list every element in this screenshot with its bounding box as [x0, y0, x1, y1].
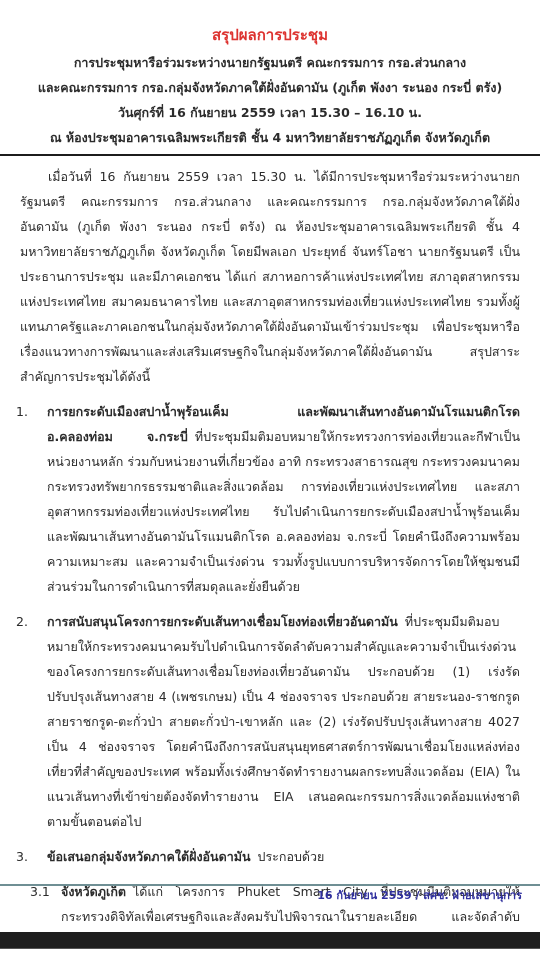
item-number: 1. [16, 399, 43, 424]
item-heading: ข้อเสนอกลุ่มจังหวัดภาคใต้ฝั่งอันดามัน [47, 849, 251, 864]
header-line-venue: ณ ห้องประชุมอาคารเฉลิมพระเกียรติ ชั้น 4 … [0, 125, 540, 150]
item-number: 2. [16, 609, 43, 634]
header-line-committee: และคณะกรรมการ กรอ.กลุ่มจังหวัดภาคใต้ฝั่ง… [0, 75, 540, 100]
item-heading: การสนับสนุนโครงการยกระดับเส้นทางเชื่อมโย… [47, 614, 398, 629]
footer-credit: 16 กันยายน 2559 / สศช. ฝ่ายเลขานุการ [0, 886, 540, 906]
document-body: เมื่อวันที่ 16 กันยายน 2559 เวลา 15.30 น… [0, 156, 540, 954]
item-text: ที่ประชุมมีมติมอบหมายให้กระทรวงการท่องเท… [47, 429, 520, 594]
header-line-meeting-name: การประชุมหารือร่วมระหว่างนายกรัฐมนตรี คณ… [0, 50, 540, 75]
document-footer: 16 กันยายน 2559 / สศช. ฝ่ายเลขานุการ [0, 884, 540, 906]
document-page: สรุปผลการประชุม การประชุมหารือร่วมระหว่า… [0, 0, 540, 960]
item-text: ประกอบด้วย [258, 849, 325, 864]
header-line-datetime: วันศุกร์ที่ 16 กันยายน 2559 เวลา 15.30 –… [0, 100, 540, 125]
intro-paragraph: เมื่อวันที่ 16 กันยายน 2559 เวลา 15.30 น… [20, 164, 520, 389]
list-item-1: 1. การยกระดับเมืองสปาน้ำพุร้อนเค็ม และพั… [20, 399, 520, 599]
list-item-3: 3. ข้อเสนอกลุ่มจังหวัดภาคใต้ฝั่งอันดามัน… [20, 844, 520, 869]
item-text: ที่ประชุมมีมติมอบหมายให้กระทรวงคมนาคมรับ… [47, 614, 520, 829]
meeting-summary-document: สรุปผลการประชุม การประชุมหารือร่วมระหว่า… [0, 0, 540, 954]
bottom-black-bar [0, 932, 540, 949]
document-title: สรุปผลการประชุม [0, 24, 540, 46]
item-number: 3. [16, 844, 43, 869]
list-item-2: 2. การสนับสนุนโครงการยกระดับเส้นทางเชื่อ… [20, 609, 520, 834]
